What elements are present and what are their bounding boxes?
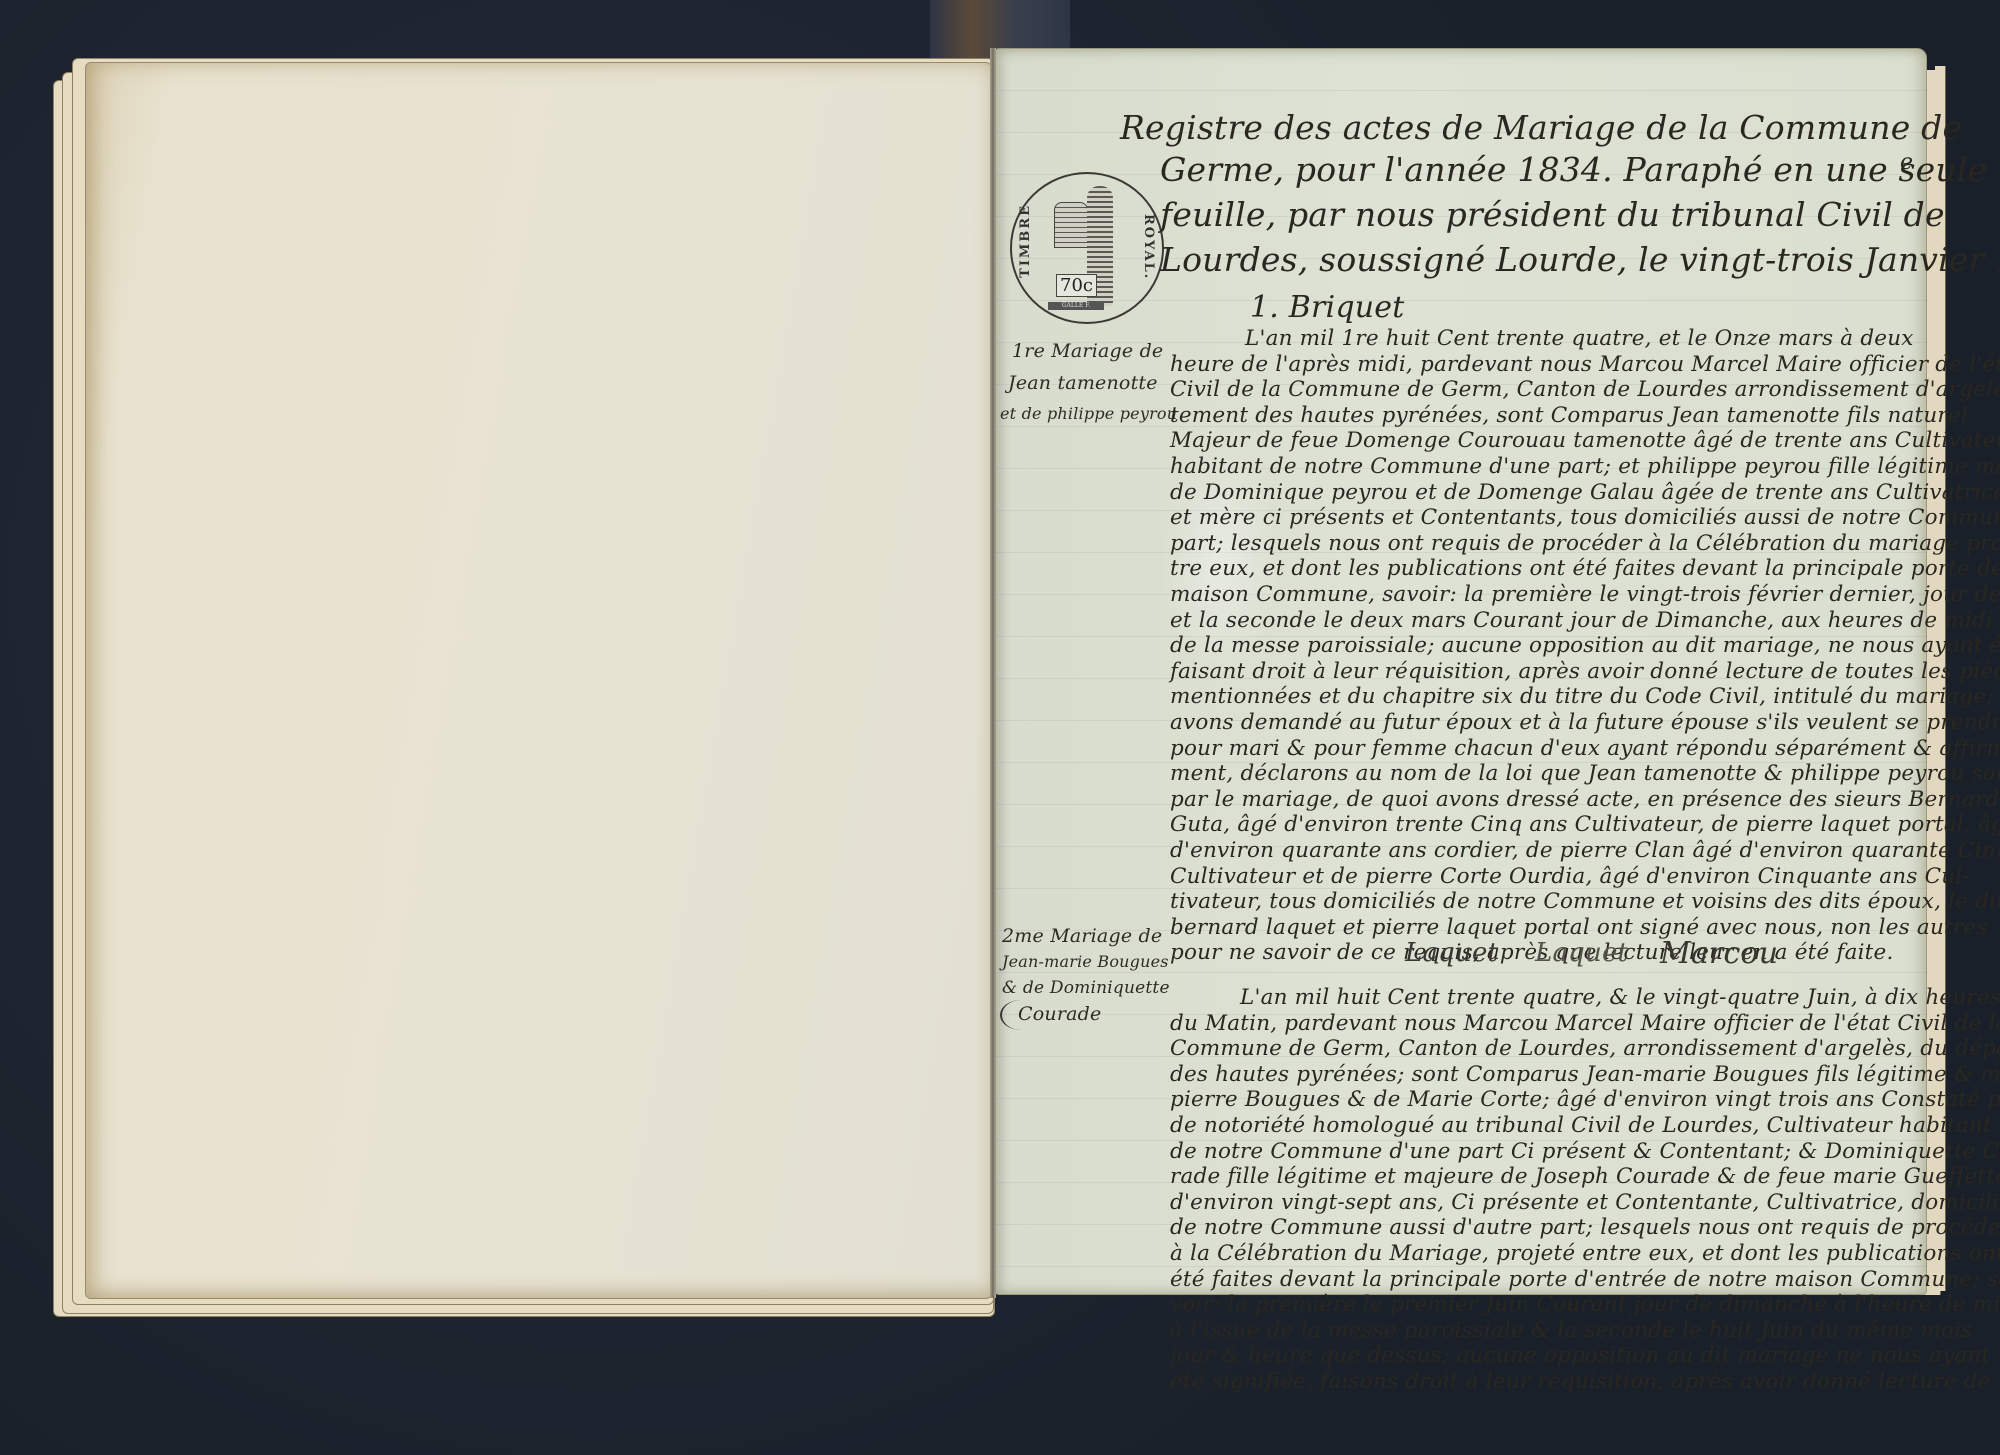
entry-2-line: du Matin, pardevant nous Marcou Marcel M… <box>1170 1011 2000 1036</box>
entry-1-line: heure de l'après midi, pardevant nous Ma… <box>1170 352 2000 377</box>
entry-1-line: tre eux, et dont les publications ont ét… <box>1170 556 2000 581</box>
entry-2-line: à la Célébration du Mariage, projeté ent… <box>1170 1241 2000 1266</box>
entry-1-line: maison Commune, savoir: la première le v… <box>1170 582 2000 607</box>
entry-2-line: à l'issue de la messe paroissiale & la s… <box>1170 1318 1972 1343</box>
timbre-royal-stamp: TIMBRE ROYAL. 70c GALLE F. <box>1010 172 1164 324</box>
signature-laquet-1: Laquet <box>1405 938 1498 968</box>
register-title-line-3: feuille, par nous président du tribunal … <box>1160 195 1945 234</box>
stamp-right-text: ROYAL. <box>1141 214 1156 280</box>
signature-laquet-2: Laquet <box>1535 938 1628 968</box>
entry-2-line: été signifiée, faisons droit à leur réqu… <box>1170 1369 1991 1394</box>
entry-1-heading: 1. Briquet <box>1250 290 1404 325</box>
entry-1-line: et mère ci présents et Contentants, tous… <box>1170 505 2000 530</box>
header-marker: e <box>1900 150 1913 175</box>
entry-1-line: et la seconde le deux mars Courant jour … <box>1170 608 2000 633</box>
margin-bracket <box>1000 1000 1042 1030</box>
entry-1-line: pour ne savoir de ce requis, après que l… <box>1170 940 1893 965</box>
left-page-blank <box>85 62 992 1299</box>
entry-1-line: habitant de notre Commune d'une part; et… <box>1170 454 2000 479</box>
stamp-left-text: TIMBRE <box>1018 204 1033 278</box>
signature-marcou: Marcou <box>1660 936 1778 971</box>
entry-1-line: tement des hautes pyrénées, sont Comparu… <box>1170 403 1968 428</box>
entry-2-line: voir; la première le premier Juin Couran… <box>1170 1292 2000 1317</box>
entry-2-line: Commune de Germ, Canton de Lourdes, arro… <box>1170 1036 2000 1061</box>
entry-1-line: d'environ quarante ans cordier, de pierr… <box>1170 838 2000 863</box>
entry-2-line: de notoriété homologué au tribunal Civil… <box>1170 1113 1992 1138</box>
register-title-line-4: Lourdes, soussigné Lourde, le vingt-troi… <box>1160 240 2000 279</box>
entry-2-line: L'an mil huit Cent trente quatre, & le v… <box>1240 985 2000 1010</box>
entry-1-line: tivateur, tous domiciliés de notre Commu… <box>1170 889 2000 914</box>
entry-2-line: d'environ vingt-sept ans, Ci présente et… <box>1170 1190 2000 1215</box>
entry-1-line: mentionnées et du chapitre six du titre … <box>1170 684 2000 709</box>
entry-2-line: pierre Bougues & de Marie Corte; âgé d'e… <box>1170 1087 2000 1112</box>
register-title-line-1: Registre des actes de Mariage de la Comm… <box>1120 108 1962 147</box>
entry-1-line: Cultivateur et de pierre Corte Ourdia, â… <box>1170 864 1970 889</box>
entry-1-margin-line-1: 1re Mariage de <box>1012 340 1163 362</box>
entry-2-line: rade fille légitime et majeure de Joseph… <box>1170 1164 2000 1189</box>
entry-1-line: par le mariage, de quoi avons dressé act… <box>1170 787 2000 812</box>
entry-2-line: des hautes pyrénées; sont Comparus Jean-… <box>1170 1062 2000 1087</box>
entry-1-line: ment, déclarons au nom de la loi que Jea… <box>1170 761 2000 786</box>
entry-1-line: L'an mil 1re huit Cent trente quatre, et… <box>1245 326 1914 351</box>
entry-2-margin-line-2: Jean-marie Bougues <box>1002 952 1169 971</box>
tablets-of-law-icon <box>1054 202 1088 248</box>
entry-1-line: faisant droit à leur réquisition, après … <box>1170 659 2000 684</box>
entry-1-margin-line-2: Jean tamenotte <box>1008 372 1158 394</box>
entry-1-line: de Dominique peyrou et de Domenge Galau … <box>1170 480 2000 505</box>
entry-1-line: pour mari & pour femme chacun d'eux ayan… <box>1170 736 2000 761</box>
entry-1-line: Guta, âgé d'environ trente Cinq ans Cult… <box>1170 812 2000 837</box>
entry-2-line: de notre Commune d'une part Ci présent &… <box>1170 1139 2000 1164</box>
entry-1-line: de la messe paroissiale; aucune oppositi… <box>1170 633 2000 658</box>
entry-1-line: avons demandé au futur époux et à la fut… <box>1170 710 2000 735</box>
entry-2-line: de notre Commune aussi d'autre part; les… <box>1170 1215 2000 1240</box>
stamp-base: GALLE F. <box>1048 302 1104 310</box>
entry-1-margin-line-3: et de philippe peyrou <box>1000 404 1177 423</box>
register-title-line-2: Germe, pour l'année 1834. Paraphé en une… <box>1160 150 1987 189</box>
entry-1-line: Majeur de feue Domenge Courouau tamenott… <box>1170 428 2000 453</box>
entry-1-line: Civil de la Commune de Germ, Canton de L… <box>1170 377 2000 402</box>
entry-1-line: part; lesquels nous ont requis de procéd… <box>1170 531 2000 556</box>
entry-2-margin-line-1: 2me Mariage de <box>1002 925 1162 947</box>
entry-1-line: bernard laquet et pierre laquet portal o… <box>1170 915 1987 940</box>
entry-2-margin-line-3: & de Dominiquette <box>1002 978 1170 998</box>
stamp-value: 70c <box>1056 274 1097 297</box>
entry-2-line: été faites devant la principale porte d'… <box>1170 1267 2000 1292</box>
entry-2-line: jour & heure que dessus; aucune oppositi… <box>1170 1343 1990 1368</box>
